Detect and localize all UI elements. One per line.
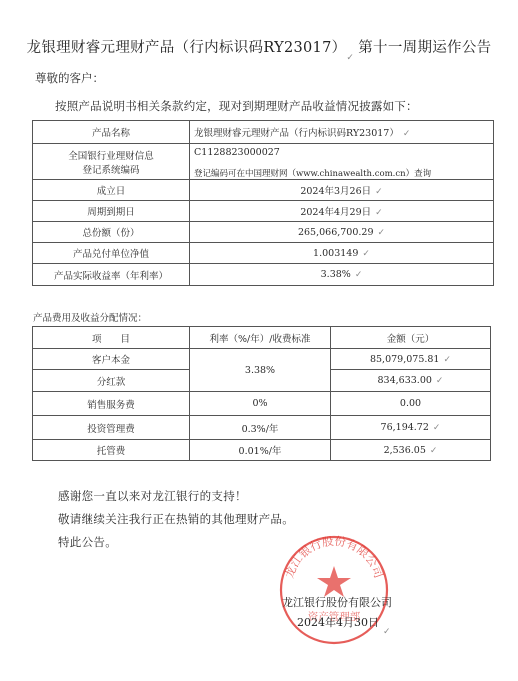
item-cell: 分红款 [33,370,190,392]
table-row: 全国银行业理财信息登记系统编码 C1128823000027登记编码可在中国理财… [33,144,494,180]
amount-cell: 0.00 [331,392,491,416]
table-row: 总份额（份） 265,066,700.29✓ [33,222,494,243]
table-row: 产品兑付单位净值 1.003149✓ [33,243,494,264]
item-cell: 客户本金 [33,349,190,370]
row-label: 产品兑付单位净值 [33,243,190,264]
row-value: 龙银理财睿元理财产品（行内标识码RY23017）✓ [190,121,494,144]
greeting: 尊敬的客户： [35,70,104,86]
amount-value: 2,536.05 [384,445,426,456]
row-label: 总份额（份） [33,222,190,243]
table-row: 产品名称 龙银理财睿元理财产品（行内标识码RY23017）✓ [33,121,494,144]
item-cell: 销售服务费 [33,392,190,416]
signature-date: 2024年4月30日✓ [297,614,391,630]
amount-value: 834,633.00 [378,375,432,386]
closing-thanks: 感谢您一直以来对龙江银行的支持！ [58,488,247,504]
rate-cell: 0.01%/年 [190,440,331,461]
row-label: 产品实际收益率（年利率） [33,264,190,286]
row-value: 2024年4月29日✓ [190,201,494,222]
amount-cell: 834,633.00✓ [331,370,491,392]
checkmark-icon: ✓ [375,208,383,218]
row-value: C1128823000027登记编码可在中国理财网（www.chinawealt… [190,144,494,180]
checkmark-icon: ✓ [355,270,363,280]
table-header-row: 项 目 利率（%/年）/收费标准 金额（元） [33,327,491,349]
column-header: 金额（元） [331,327,491,349]
checkmark-icon: ✓ [375,187,383,197]
table-row: 投资管理费 0.3%/年 76,194.72✓ [33,416,491,440]
date-value: 2024年4月30日 [297,616,379,629]
document-title: 龙银理财睿元理财产品（行内标识码RY23017）✓第十一周期运作公告 [0,36,518,57]
registration-note: 登记编码可在中国理财网（www.chinawealth.com.cn）查询 [194,167,493,179]
row-label: 全国银行业理财信息登记系统编码 [33,144,190,180]
checkmark-icon: ✓ [436,376,444,386]
column-header: 利率（%/年）/收费标准 [190,327,331,349]
registration-code: C1128823000027 [194,147,493,158]
item-cell: 托管费 [33,440,190,461]
label-line2: 登记系统编码 [33,162,189,176]
company-signature: 龙江银行股份有限公司 [282,594,392,610]
establish-date: 2024年3月26日 [300,186,371,197]
row-value: 265,066,700.29✓ [190,222,494,243]
checkmark-icon: ✓ [362,249,370,259]
total-shares: 265,066,700.29 [298,227,374,238]
unit-nav: 1.003149 [313,248,358,259]
table-row: 成立日 2024年3月26日✓ [33,180,494,201]
amount-cell: 76,194.72✓ [331,416,491,440]
amount-cell: 2,536.05✓ [331,440,491,461]
title-main: 龙银理财睿元理财产品（行内标识码RY23017） [27,40,347,56]
title-suffix: 第十一周期运作公告 [358,40,491,56]
rate-cell: 0.3%/年 [190,416,331,440]
intro-paragraph: 按照产品说明书相关条款约定，现对到期理财产品收益情况披露如下： [55,98,418,114]
product-name-value: 龙银理财睿元理财产品（行内标识码RY23017） [194,128,399,139]
row-label: 周期到期日 [33,201,190,222]
item-cell: 投资管理费 [33,416,190,440]
amount-value: 76,194.72 [381,422,429,433]
amount-cell: 85,079,075.81✓ [331,349,491,370]
row-label: 成立日 [33,180,190,201]
rate-cell: 3.38% [190,349,331,392]
table-row: 托管费 0.01%/年 2,536.05✓ [33,440,491,461]
actual-yield: 3.38% [321,269,351,280]
checkmark-icon: ✓ [433,423,441,433]
table-row: 周期到期日 2024年4月29日✓ [33,201,494,222]
checkmark-icon: ✓ [346,53,354,63]
table-row: 销售服务费 0% 0.00 [33,392,491,416]
amount-value: 85,079,075.81 [370,354,440,365]
row-value: 2024年3月26日✓ [190,180,494,201]
row-value: 1.003149✓ [190,243,494,264]
checkmark-icon: ✓ [378,228,386,238]
fee-distribution-table: 项 目 利率（%/年）/收费标准 金额（元） 客户本金 3.38% 85,079… [32,326,491,461]
label-line1: 全国银行业理财信息 [33,148,189,162]
checkmark-icon: ✓ [430,446,438,456]
row-label: 产品名称 [33,121,190,144]
table-row: 产品实际收益率（年利率） 3.38%✓ [33,264,494,286]
rate-cell: 0% [190,392,331,416]
checkmark-icon: ✓ [383,627,391,637]
column-header: 项 目 [33,327,190,349]
amount-value: 0.00 [400,398,421,409]
product-info-table: 产品名称 龙银理财睿元理财产品（行内标识码RY23017）✓ 全国银行业理财信息… [32,120,494,286]
checkmark-icon: ✓ [403,129,411,139]
closing-statement: 特此公告。 [58,534,117,550]
table-row: 客户本金 3.38% 85,079,075.81✓ [33,349,491,370]
fee-section-heading: 产品费用及收益分配情况： [33,310,147,324]
row-value: 3.38%✓ [190,264,494,286]
closing-recommend: 敬请继续关注我行正在热销的其他理财产品。 [58,511,294,527]
checkmark-icon: ✓ [443,355,451,365]
maturity-date: 2024年4月29日 [300,207,371,218]
